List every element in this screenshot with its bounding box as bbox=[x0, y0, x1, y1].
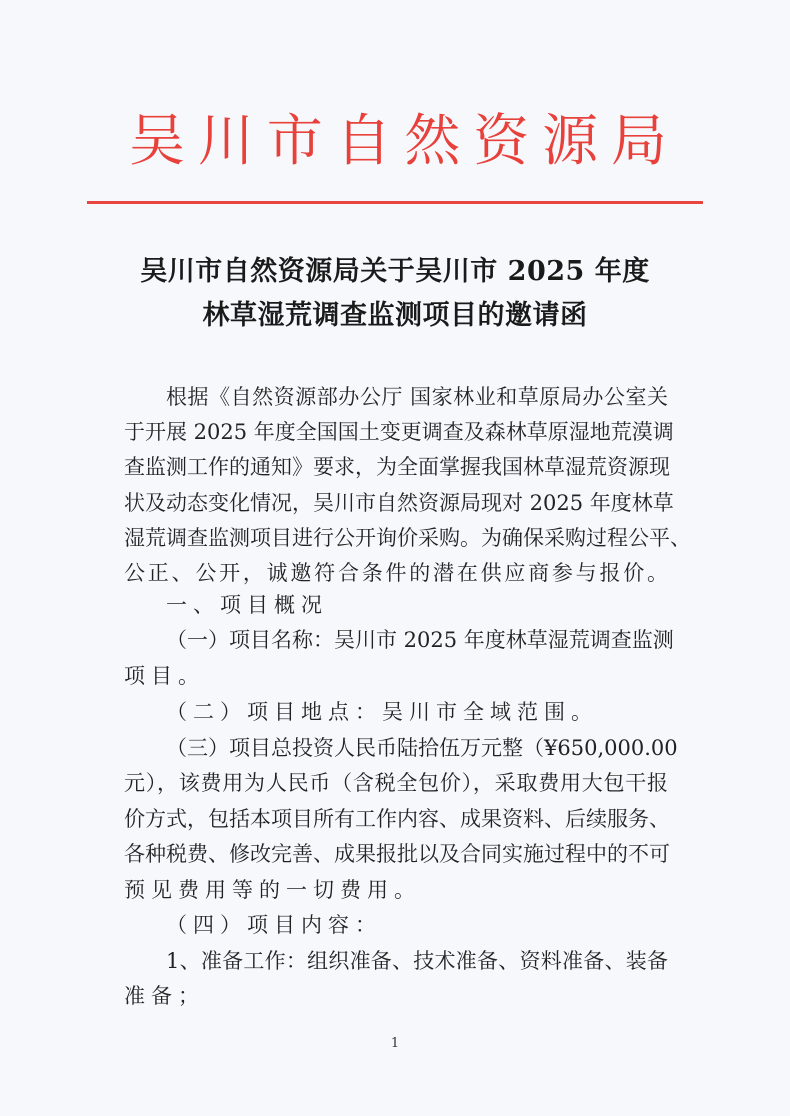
letterhead-red-divider bbox=[87, 201, 703, 204]
document-page: 吴 川 市 自 然 资 源 局 吴川市自然资源局关于吴川市 2025 年度 林草… bbox=[0, 0, 790, 1116]
intro-paragraph-line: 湿荒调查监测项目进行公开询价采购。为确保采购过程公平、 bbox=[124, 521, 668, 556]
item-project-budget-line: 元），该费用为人民币（含税全包价），采取费用大包干报 bbox=[124, 766, 668, 801]
letterhead-char: 吴 bbox=[128, 104, 186, 180]
document-title-line-1: 吴川市自然资源局关于吴川市 2025 年度 bbox=[0, 252, 790, 292]
intro-paragraph-line: 于开展 2025 年度全国国土变更调查及森林草原湿地荒漠调 bbox=[124, 415, 668, 450]
letterhead-char: 资 bbox=[472, 104, 530, 180]
section-heading-project-overview: 一、项目概况 bbox=[166, 588, 668, 623]
intro-paragraph-line: 查监测工作的通知》要求，为全面掌握我国林草湿荒资源现 bbox=[124, 450, 668, 485]
document-title-line-2: 林草湿荒调查监测项目的邀请函 bbox=[0, 296, 790, 336]
item-project-budget-line: 各种税费、修改完善、成果报批以及合同实施过程中的不可 bbox=[124, 837, 668, 872]
letterhead-char: 自 bbox=[335, 104, 393, 180]
letterhead-char: 源 bbox=[541, 104, 599, 180]
item-project-budget-line: 预见费用等的一切费用。 bbox=[124, 873, 668, 908]
intro-paragraph-line: 状及动态变化情况，吴川市自然资源局现对 2025 年度林草 bbox=[124, 486, 668, 521]
intro-paragraph-line: 根据《自然资源部办公厅 国家林业和草原局办公室关 bbox=[166, 380, 668, 415]
item-project-budget-line: （三）项目总投资人民币陆拾伍万元整（¥650,000.00 bbox=[166, 731, 668, 766]
intro-paragraph-line: 公正、公开，诚邀符合条件的潜在供应商参与报价。 bbox=[124, 556, 668, 591]
item-project-name-line: 项目。 bbox=[124, 659, 668, 694]
letterhead-char: 然 bbox=[403, 104, 461, 180]
item-project-budget-line: 价方式，包括本项目所有工作内容、成果资料、后续服务、 bbox=[124, 802, 668, 837]
page-number: 1 bbox=[0, 1036, 790, 1051]
content-preparation-line: 准备； bbox=[124, 979, 668, 1014]
letterhead-char: 局 bbox=[610, 104, 668, 180]
letterhead-agency-name: 吴 川 市 自 然 资 源 局 bbox=[128, 104, 668, 180]
letterhead-char: 川 bbox=[197, 104, 255, 180]
item-project-location: （二）项目地点：吴川市全域范围。 bbox=[166, 695, 668, 730]
item-project-name-line: （一）项目名称：吴川市 2025 年度林草湿荒调查监测 bbox=[166, 623, 668, 658]
letterhead-char: 市 bbox=[266, 104, 324, 180]
content-preparation-line: 1、准备工作：组织准备、技术准备、资料准备、装备 bbox=[166, 944, 668, 979]
item-project-content-heading: （四）项目内容： bbox=[166, 908, 668, 943]
